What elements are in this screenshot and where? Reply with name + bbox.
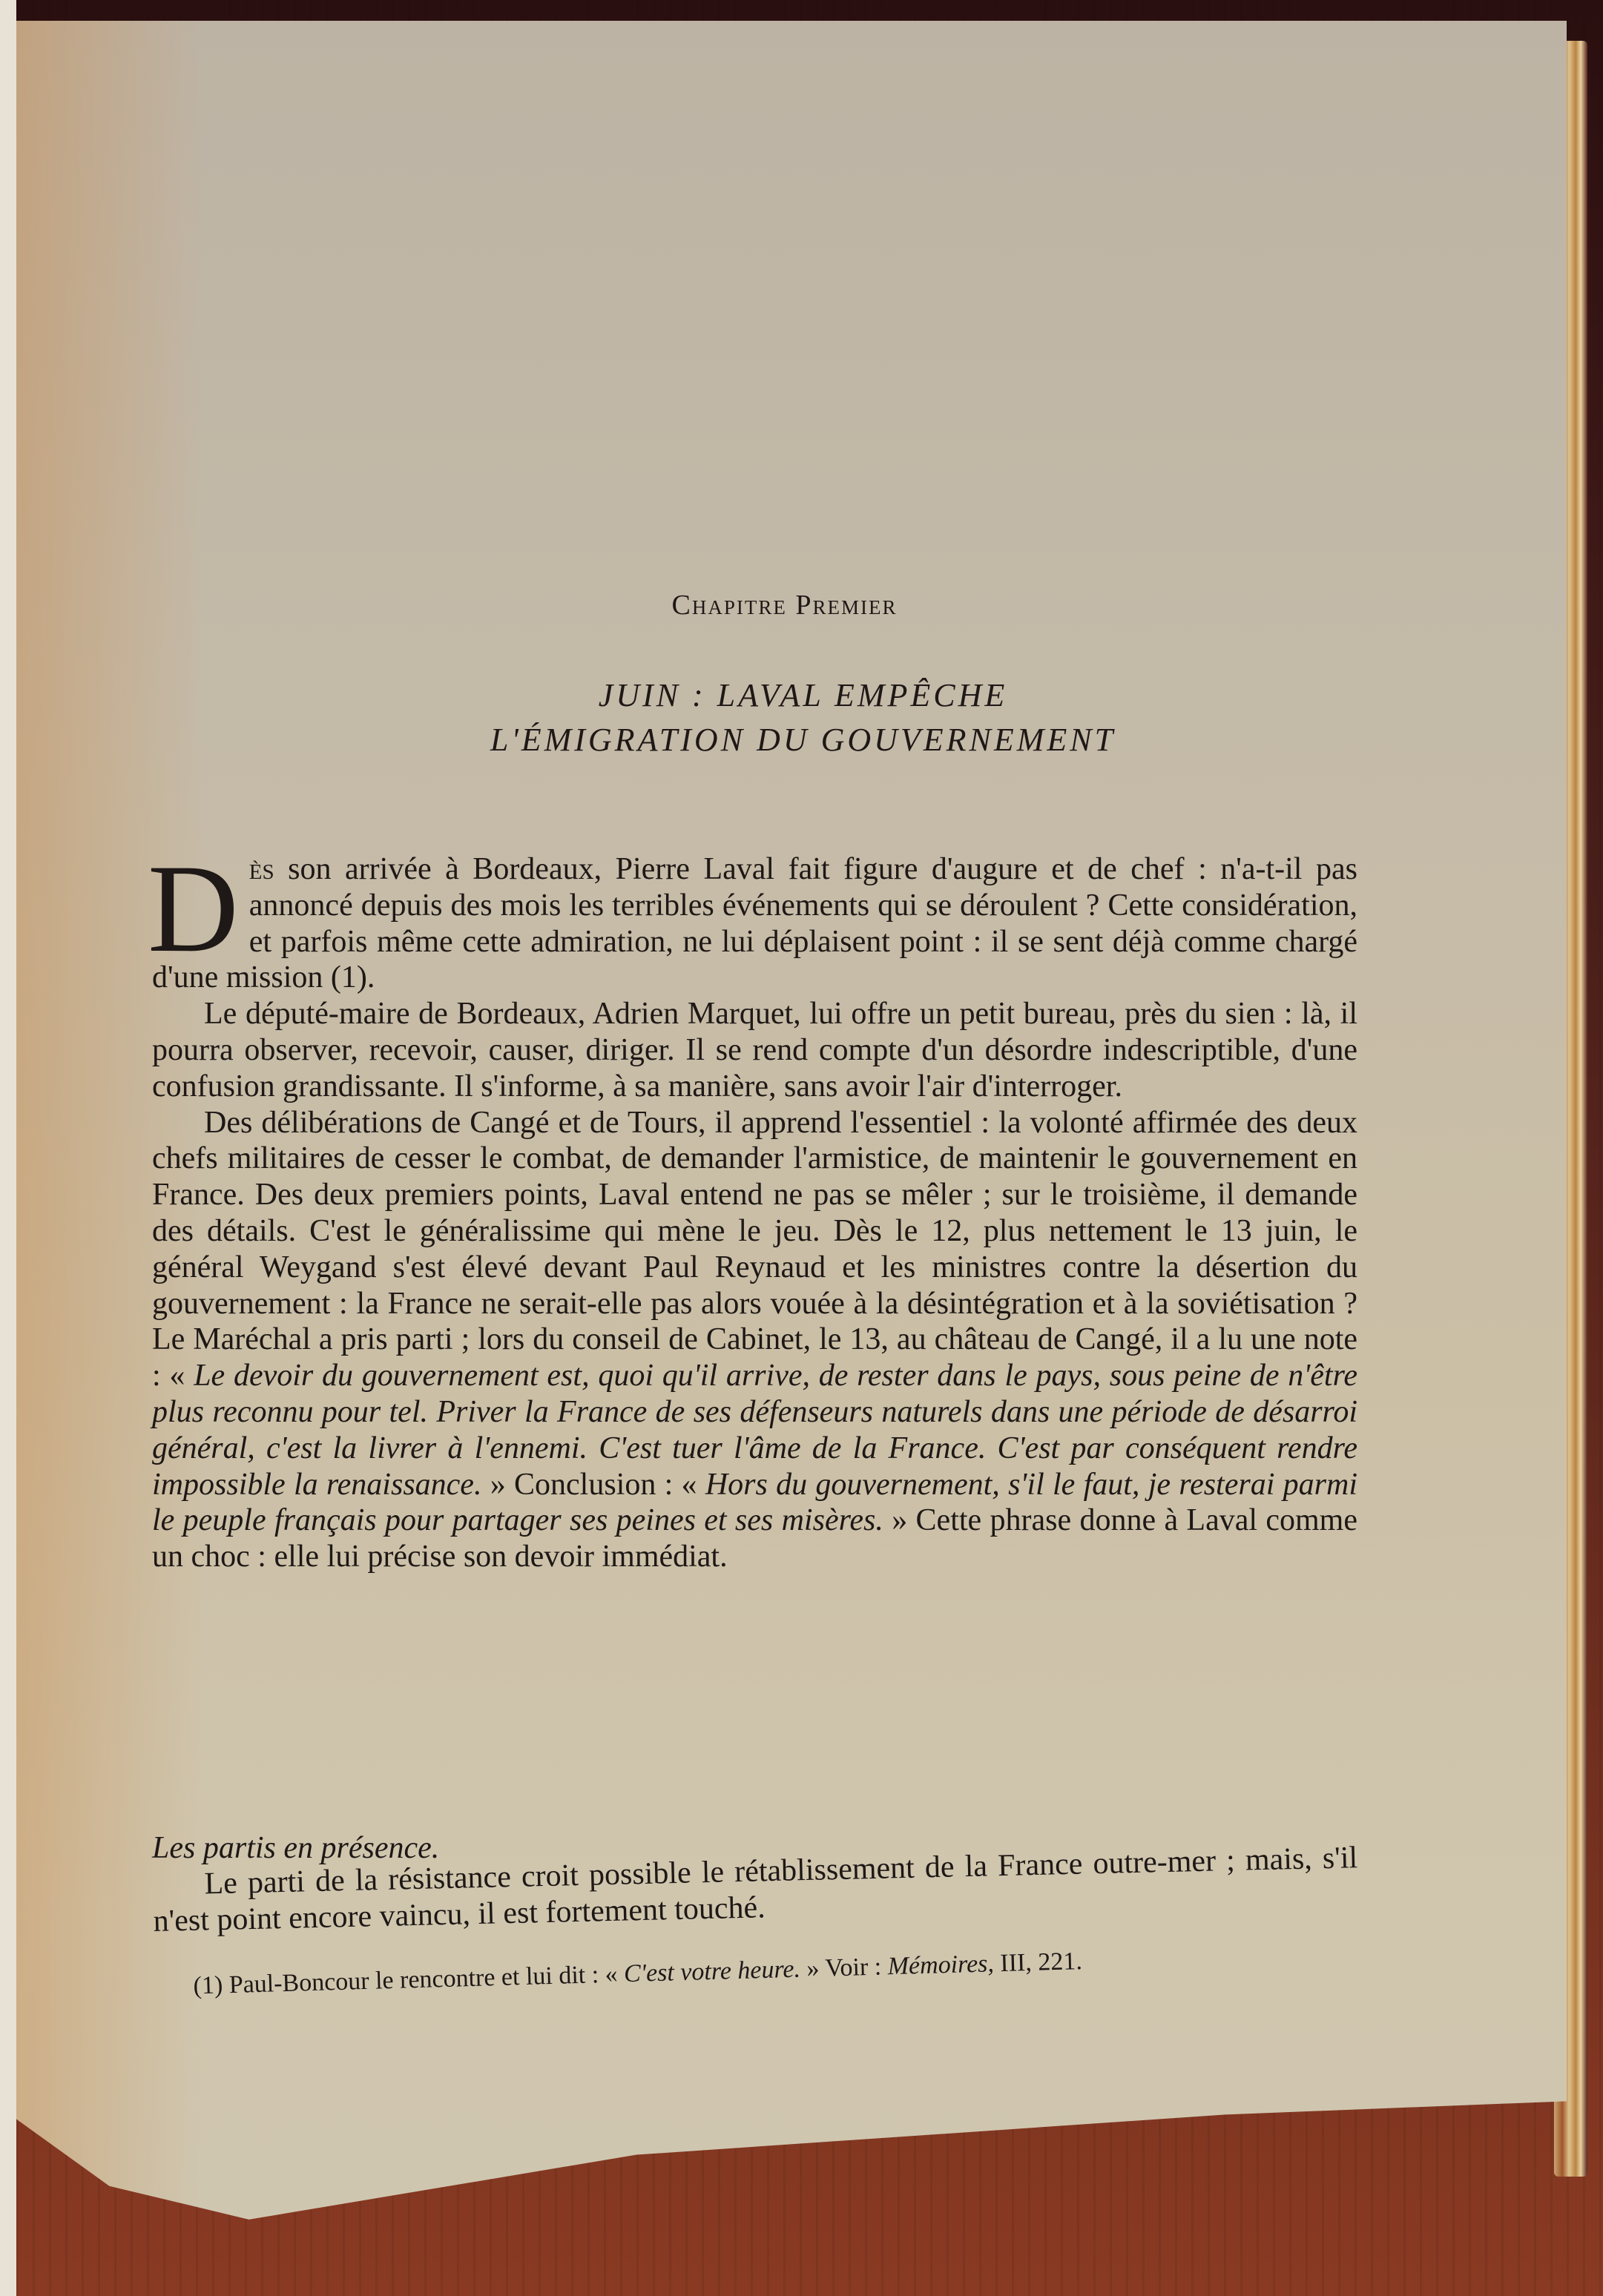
paragraph-2: Le député-maire de Bordeaux, Adrien Marq…	[152, 996, 1357, 1104]
footnote-quote: C'est votre heure.	[624, 1956, 801, 1988]
drop-cap: D	[148, 860, 239, 957]
section-heading: Les partis en présence.	[152, 1830, 439, 1866]
paragraph-3: Des délibérations de Cangé et de Tours, …	[152, 1105, 1357, 1575]
paragraph-1-text: son arrivée à Bordeaux, Pierre Laval fai…	[152, 852, 1357, 994]
footnote-1: (1) Paul-Boncour le rencontre et lui dit…	[152, 1936, 1358, 2005]
chapter-title: JUIN : LAVAL EMPÊCHE L'ÉMIGRATION DU GOU…	[152, 673, 1357, 762]
footnote-reference: III, 221.	[993, 1947, 1082, 1977]
chapter-body: Dès son arrivée à Bordeaux, Pierre Laval…	[152, 851, 1357, 1575]
footnote: (1) Paul-Boncour le rencontre et lui dit…	[152, 1936, 1358, 2005]
chapter-title-line-1: JUIN : LAVAL EMPÊCHE	[248, 673, 1357, 718]
lead-small-caps: ès	[249, 852, 274, 886]
footnote-voir: » Voir :	[800, 1953, 888, 1982]
chapter-title-line-2: L'ÉMIGRATION DU GOUVERNEMENT	[248, 718, 1357, 762]
book-page: Chapitre Premier JUIN : LAVAL EMPÊCHE L'…	[16, 21, 1567, 2253]
paragraph-3-conclusion: » Conclusion : «	[481, 1468, 705, 1502]
footnote-text: Paul-Boncour le rencontre et lui dit : «	[223, 1960, 625, 1999]
adjacent-page-edge	[0, 0, 16, 2296]
paragraph-3-text: Des délibérations de Cangé et de Tours, …	[152, 1106, 1357, 1393]
footnote-marker: (1)	[193, 1971, 223, 1999]
chapter-label: Chapitre Premier	[152, 589, 1357, 621]
footnote-source-title: Mémoires,	[887, 1950, 994, 1980]
paragraph-1: Dès son arrivée à Bordeaux, Pierre Laval…	[152, 851, 1357, 996]
